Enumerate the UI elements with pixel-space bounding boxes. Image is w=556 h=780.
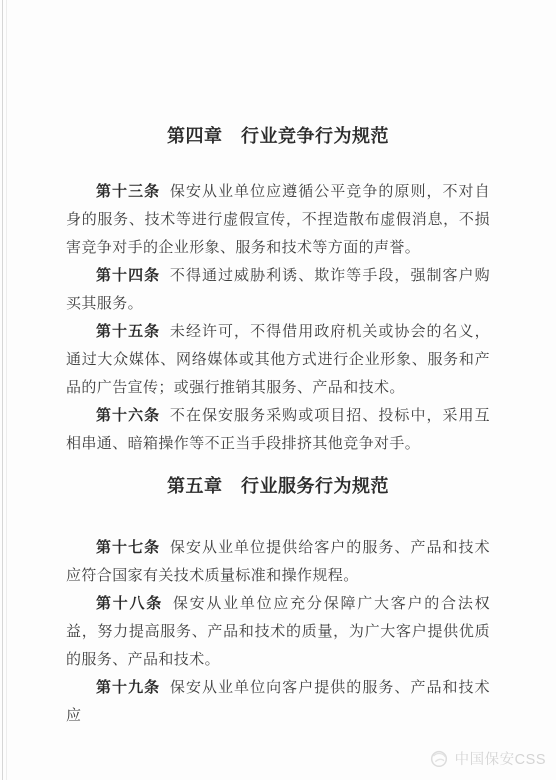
- article-16: 第十六条不在保安服务采购或项目招、投标中，采用互相串通、暗箱操作等不正当手段排挤…: [66, 402, 490, 458]
- article-17-number: 第十七条: [96, 539, 160, 556]
- article-18: 第十八条保安从业单位应充分保障广大客户的合法权益，努力提高服务、产品和技术的质量…: [66, 590, 490, 674]
- chapter-4-heading: 第四章 行业竞争行为规范: [66, 0, 490, 147]
- article-16-number: 第十六条: [96, 407, 160, 424]
- article-13: 第十三条保安从业单位应遵循公平竞争的原则，不对自身的服务、技术等进行虚假宣传，不…: [66, 178, 490, 262]
- article-13-number: 第十三条: [96, 183, 160, 200]
- chapter-5-heading: 第五章 行业服务行为规范: [66, 458, 490, 497]
- article-15: 第十五条未经许可，不得借用政府机关或协会的名义，通过大众媒体、网络媒体或其他方式…: [66, 318, 490, 402]
- watermark-label: 中国保安CSS: [455, 748, 546, 769]
- article-14-number: 第十四条: [96, 267, 160, 284]
- watermark: 中国保安CSS: [428, 747, 546, 769]
- china-security-logo-icon: [428, 747, 450, 769]
- article-18-number: 第十八条: [96, 595, 163, 612]
- article-14: 第十四条不得通过威胁利诱、欺诈等手段，强制客户购买其服务。: [66, 262, 490, 318]
- document-page: 第四章 行业竞争行为规范 第十三条保安从业单位应遵循公平竞争的原则，不对自身的服…: [0, 0, 556, 780]
- article-19: 第十九条保安从业单位向客户提供的服务、产品和技术应: [66, 674, 490, 730]
- article-17: 第十七条保安从业单位提供给客户的服务、产品和技术应符合国家有关技术质量标准和操作…: [66, 534, 490, 590]
- article-19-number: 第十九条: [96, 679, 160, 696]
- article-15-number: 第十五条: [96, 323, 160, 340]
- document-content: 第四章 行业竞争行为规范 第十三条保安从业单位应遵循公平竞争的原则，不对自身的服…: [0, 0, 556, 730]
